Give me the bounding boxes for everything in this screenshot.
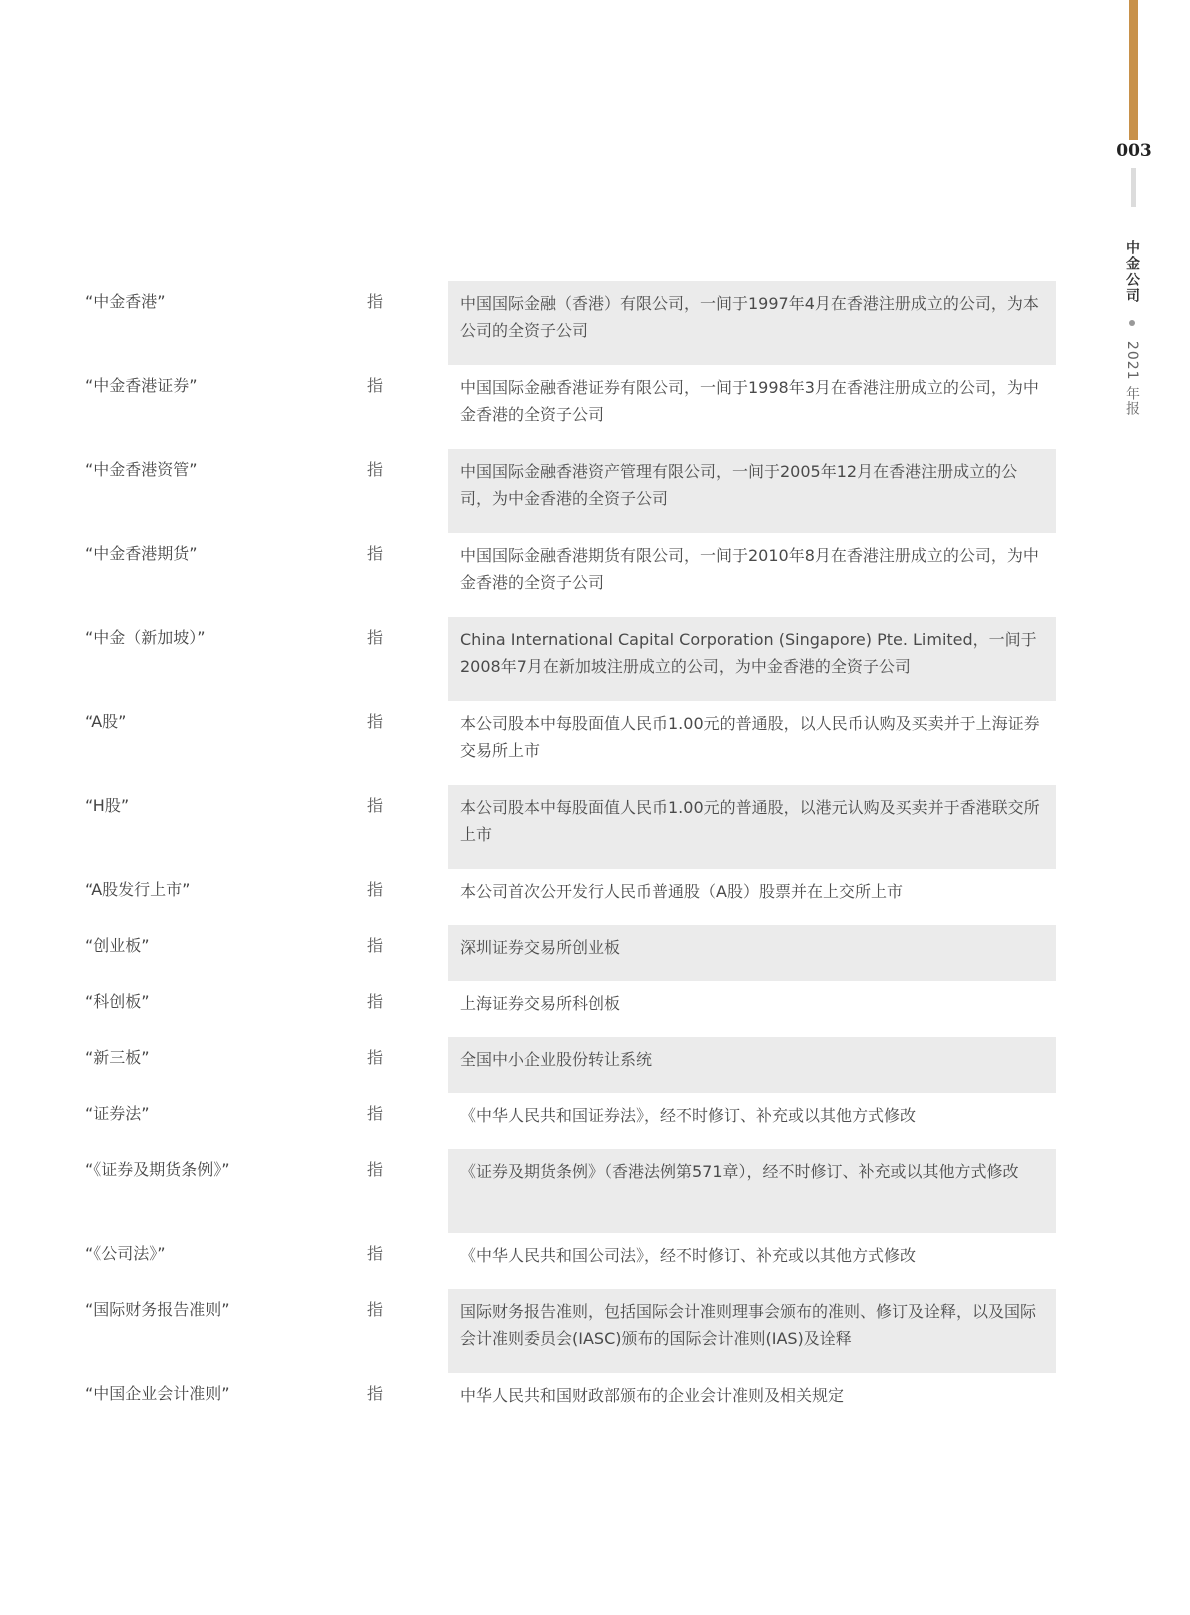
definition-row: “新三板” 指 全国中小企业股份转让系统 bbox=[0, 1037, 1190, 1093]
meaning: 上海证券交易所科创板 bbox=[448, 981, 1056, 1037]
definition-row: “创业板” 指 深圳证券交易所创业板 bbox=[0, 925, 1190, 981]
term: “H股” bbox=[0, 785, 367, 869]
refers-to: 指 bbox=[367, 1289, 448, 1373]
definition-row: “中金香港证券” 指 中国国际金融香港证券有限公司，一间于1998年3月在香港注… bbox=[0, 365, 1190, 449]
meaning: 深圳证券交易所创业板 bbox=[448, 925, 1056, 981]
term: “中金香港资管” bbox=[0, 449, 367, 533]
page-number: 003 bbox=[1110, 141, 1158, 161]
definition-row: “A股发行上市” 指 本公司首次公开发行人民币普通股（A股）股票并在上交所上市 bbox=[0, 869, 1190, 925]
meaning: 《证券及期货条例》（香港法例第571章），经不时修订、补充或以其他方式修改 bbox=[448, 1149, 1056, 1233]
term: “中金香港期货” bbox=[0, 533, 367, 617]
refers-to: 指 bbox=[367, 1373, 448, 1429]
term: “中金香港” bbox=[0, 281, 367, 365]
term: “《公司法》” bbox=[0, 1233, 367, 1289]
meaning: 全国中小企业股份转让系统 bbox=[448, 1037, 1056, 1093]
refers-to: 指 bbox=[367, 281, 448, 365]
refers-to: 指 bbox=[367, 1093, 448, 1149]
grey-divider-bar bbox=[1131, 168, 1136, 207]
term: “新三板” bbox=[0, 1037, 367, 1093]
refers-to: 指 bbox=[367, 981, 448, 1037]
refers-to: 指 bbox=[367, 925, 448, 981]
term: “中金（新加坡）” bbox=[0, 617, 367, 701]
meaning: 本公司股本中每股面值人民币1.00元的普通股，以人民币认购及买卖并于上海证券交易… bbox=[448, 701, 1056, 785]
refers-to: 指 bbox=[367, 701, 448, 785]
term: “创业板” bbox=[0, 925, 367, 981]
refers-to: 指 bbox=[367, 365, 448, 449]
definitions-table: “中金香港” 指 中国国际金融（香港）有限公司，一间于1997年4月在香港注册成… bbox=[0, 281, 1190, 1429]
definition-row: “证券法” 指 《中华人民共和国证券法》，经不时修订、补充或以其他方式修改 bbox=[0, 1093, 1190, 1149]
definition-row: “中金香港期货” 指 中国国际金融香港期货有限公司，一间于2010年8月在香港注… bbox=[0, 533, 1190, 617]
refers-to: 指 bbox=[367, 1037, 448, 1093]
term: “证券法” bbox=[0, 1093, 367, 1149]
definition-row: “H股” 指 本公司股本中每股面值人民币1.00元的普通股，以港元认购及买卖并于… bbox=[0, 785, 1190, 869]
meaning: 《中华人民共和国证券法》，经不时修订、补充或以其他方式修改 bbox=[448, 1093, 1056, 1149]
meaning: 中国国际金融（香港）有限公司，一间于1997年4月在香港注册成立的公司，为本公司… bbox=[448, 281, 1056, 365]
definition-row: “中国企业会计准则” 指 中华人民共和国财政部颁布的企业会计准则及相关规定 bbox=[0, 1373, 1190, 1429]
definition-row: “科创板” 指 上海证券交易所科创板 bbox=[0, 981, 1190, 1037]
definition-row: “中金香港资管” 指 中国国际金融香港资产管理有限公司，一间于2005年12月在… bbox=[0, 449, 1190, 533]
refers-to: 指 bbox=[367, 617, 448, 701]
meaning: 中华人民共和国财政部颁布的企业会计准则及相关规定 bbox=[448, 1373, 1056, 1429]
refers-to: 指 bbox=[367, 449, 448, 533]
refers-to: 指 bbox=[367, 533, 448, 617]
definition-row: “《证券及期货条例》” 指 《证券及期货条例》（香港法例第571章），经不时修订… bbox=[0, 1149, 1190, 1233]
meaning: China International Capital Corporation … bbox=[448, 617, 1056, 701]
meaning: 中国国际金融香港证券有限公司，一间于1998年3月在香港注册成立的公司，为中金香… bbox=[448, 365, 1056, 449]
meaning: 国际财务报告准则，包括国际会计准则理事会颁布的准则、修订及诠释，以及国际会计准则… bbox=[448, 1289, 1056, 1373]
term: “国际财务报告准则” bbox=[0, 1289, 367, 1373]
meaning: 中国国际金融香港期货有限公司，一间于2010年8月在香港注册成立的公司，为中金香… bbox=[448, 533, 1056, 617]
term: “A股” bbox=[0, 701, 367, 785]
term: “A股发行上市” bbox=[0, 869, 367, 925]
meaning: 中国国际金融香港资产管理有限公司，一间于2005年12月在香港注册成立的公司，为… bbox=[448, 449, 1056, 533]
definition-row: “中金香港” 指 中国国际金融（香港）有限公司，一间于1997年4月在香港注册成… bbox=[0, 281, 1190, 365]
definition-row: “A股” 指 本公司股本中每股面值人民币1.00元的普通股，以人民币认购及买卖并… bbox=[0, 701, 1190, 785]
meaning: 本公司首次公开发行人民币普通股（A股）股票并在上交所上市 bbox=[448, 869, 1056, 925]
term: “《证券及期货条例》” bbox=[0, 1149, 367, 1233]
gold-accent-bar bbox=[1129, 0, 1138, 140]
term: “中国企业会计准则” bbox=[0, 1373, 367, 1429]
meaning: 本公司股本中每股面值人民币1.00元的普通股，以港元认购及买卖并于香港联交所上市 bbox=[448, 785, 1056, 869]
definition-row: “《公司法》” 指 《中华人民共和国公司法》，经不时修订、补充或以其他方式修改 bbox=[0, 1233, 1190, 1289]
refers-to: 指 bbox=[367, 785, 448, 869]
refers-to: 指 bbox=[367, 1233, 448, 1289]
definition-row: “国际财务报告准则” 指 国际财务报告准则，包括国际会计准则理事会颁布的准则、修… bbox=[0, 1289, 1190, 1373]
definition-row: “中金（新加坡）” 指 China International Capital … bbox=[0, 617, 1190, 701]
meaning: 《中华人民共和国公司法》，经不时修订、补充或以其他方式修改 bbox=[448, 1233, 1056, 1289]
term: “中金香港证券” bbox=[0, 365, 367, 449]
refers-to: 指 bbox=[367, 1149, 448, 1233]
refers-to: 指 bbox=[367, 869, 448, 925]
term: “科创板” bbox=[0, 981, 367, 1037]
